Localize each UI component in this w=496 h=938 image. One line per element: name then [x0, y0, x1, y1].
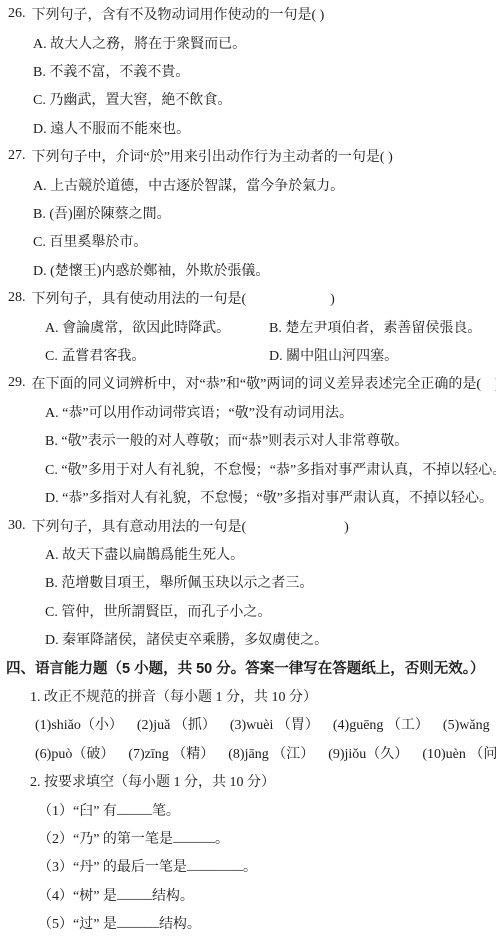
blank-line: ______: [117, 915, 159, 931]
option-row: B. “敬”表示一般的对人尊敬；而“恭”则表示对人非常尊敬。: [0, 426, 496, 454]
subquestion-1-title: 1. 改正不规范的拼音（每小题 1 分，共 10 分）: [0, 682, 496, 710]
question-option: C. 孟嘗君客我。: [45, 345, 269, 365]
option-row: D. (楚懷王)内惑於鄭袖，外欺於張儀。: [0, 256, 496, 284]
pinyin-item: (7)zīng （精）: [128, 743, 214, 763]
option-row: C. 管仲，世所謂賢臣，而孔子小之。: [0, 597, 496, 625]
fill-item-text: 结构。: [159, 913, 201, 933]
question-number: 27.: [8, 148, 26, 164]
question-option: C. “敬”多用于对人有礼貌，不怠慢；“恭”多指对事严肃认真，不掉以轻心。: [45, 459, 496, 479]
question-option: A. 故天下盡以扁鵲爲能生死人。: [45, 544, 244, 564]
blank-line: ______: [173, 830, 215, 846]
pinyin-item: (6)può（破）: [35, 743, 114, 763]
option-row: A. 上古競於道德，中古逐於智謀，當今争於氣力。: [0, 170, 496, 198]
exam-page: 26.下列句子，含有不及物动词用作使动的一句是( )A. 故大人之務，將在于衆賢…: [0, 0, 496, 937]
fill-item-text: 。: [215, 828, 229, 848]
option-row: B. (吾)圍於陳蔡之間。: [0, 199, 496, 227]
fill-item-text: 结构。: [152, 885, 194, 905]
fill-item-text: （5）“过” 是: [38, 913, 117, 933]
question-stem-text: 下列句子，具有意动用法的一句是( ): [32, 516, 349, 536]
question-29: 29.在下面的同义词辨析中，对“恭”和“敬”两词的词义差异表述完全正确的是( )…: [0, 369, 496, 511]
questions-block: 26.下列句子，含有不及物动词用作使动的一句是( )A. 故大人之務，將在于衆賢…: [0, 0, 496, 653]
option-row: A. 故天下盡以扁鵲爲能生死人。: [0, 540, 496, 568]
option-row: A. 故大人之務，將在于衆賢而已。: [0, 28, 496, 56]
question-number: 30.: [8, 518, 26, 534]
fill-item: （2）“乃” 的第一笔是______。: [0, 824, 496, 852]
question-number: 26.: [8, 6, 26, 22]
pinyin-item: (8)jāng （江）: [228, 743, 314, 763]
option-row: A. “恭”可以用作动词带宾语；“敬”没有动词用法。: [0, 398, 496, 426]
question-number: 28.: [8, 290, 26, 306]
question-option: B. 楚左尹項伯者，素善留侯張良。: [269, 317, 481, 337]
pinyin-item: (2)juǎ （抓）: [137, 714, 216, 734]
question-stem-text: 下列句子，具有使动用法的一句是( ): [32, 288, 335, 308]
question-option: D. (楚懷王)内惑於鄭袖，外欺於張儀。: [33, 260, 269, 280]
question-stem-text: 下列句子中，介词“於”用来引出动作行为主动者的一句是( ): [32, 146, 393, 166]
question-option: C. 管仲，世所謂賢臣，而孔子小之。: [45, 601, 271, 621]
fill-in-blank-block: （1）“臼” 有_____笔。（2）“乃” 的第一笔是______。（3）“丹”…: [0, 795, 496, 937]
question-28: 28.下列句子，具有使动用法的一句是( )A. 會論虞常，欲因此時降武。B. 楚…: [0, 284, 496, 369]
question-option: A. 故大人之務，將在于衆賢而已。: [33, 33, 246, 53]
option-row: D. 秦軍降諸侯，諸侯吏卒乘勝，多奴虜使之。: [0, 625, 496, 653]
question-option: B. (吾)圍於陳蔡之間。: [33, 203, 171, 223]
question-27: 27.下列句子中，介词“於”用来引出动作行为主动者的一句是( )A. 上古競於道…: [0, 142, 496, 284]
question-option: B. “敬”表示一般的对人尊敬；而“恭”则表示对人非常尊敬。: [45, 430, 408, 450]
question-option: A. 會論虞常，欲因此時降武。: [45, 317, 269, 337]
option-row: C. 乃幽武，置大窖，絶不飲食。: [0, 85, 496, 113]
question-stem-text: 下列句子，含有不及物动词用作使动的一句是( ): [32, 4, 325, 24]
question-option: B. 不義不富，不義不貴。: [33, 61, 189, 81]
pinyin-item: (3)wuèi （胃）: [230, 714, 319, 734]
fill-item: （4）“树” 是_____结构。: [0, 881, 496, 909]
fill-item: （1）“臼” 有_____笔。: [0, 795, 496, 823]
section-4: 四、语言能力题（5 小题，共 50 分。答案一律写在答题纸上，否则无效。） 1.…: [0, 653, 496, 937]
fill-item-text: 笔。: [152, 800, 180, 820]
fill-item-text: 。: [243, 856, 257, 876]
question-option: B. 范增數目項王，舉所佩玉玦以示之者三。: [45, 572, 313, 592]
question-stem-text: 在下面的同义词辨析中，对“恭”和“敬”两词的词义差异表述完全正确的是( ): [32, 373, 496, 393]
question-stem: 30.下列句子，具有意动用法的一句是( ): [0, 511, 496, 539]
question-option: D. 秦軍降諸侯，諸侯吏卒乘勝，多奴虜使之。: [45, 629, 328, 649]
question-30: 30.下列句子，具有意动用法的一句是( )A. 故天下盡以扁鵲爲能生死人。B. …: [0, 511, 496, 653]
question-stem: 27.下列句子中，介词“於”用来引出动作行为主动者的一句是( ): [0, 142, 496, 170]
section-4-header: 四、语言能力题（5 小题，共 50 分。答案一律写在答题纸上，否则无效。）: [0, 653, 496, 681]
question-option: C. 百里奚舉於市。: [33, 231, 147, 251]
fill-item: （5）“过” 是______结构。: [0, 909, 496, 937]
pinyin-item: (9)jiǒu（久）: [328, 743, 408, 763]
fill-item-text: （4）“树” 是: [38, 885, 117, 905]
fill-item-text: （2）“乃” 的第一笔是: [38, 828, 173, 848]
question-option: A. “恭”可以用作动词带宾语；“敬”没有动词用法。: [45, 402, 353, 422]
question-number: 29.: [8, 375, 26, 391]
blank-line: _____: [117, 887, 152, 903]
pinyin-item: (10)uèn （问）: [422, 743, 496, 763]
question-stem: 26.下列句子，含有不及物动词用作使动的一句是( ): [0, 0, 496, 28]
option-row: C. “敬”多用于对人有礼貌，不怠慢；“恭”多指对事严肃认真，不掉以轻心。: [0, 455, 496, 483]
fill-item-text: （3）“丹” 的最后一笔是: [38, 856, 187, 876]
fill-item: （3）“丹” 的最后一笔是________。: [0, 852, 496, 880]
question-stem: 29.在下面的同义词辨析中，对“恭”和“敬”两词的词义差异表述完全正确的是( ): [0, 369, 496, 397]
question-option: C. 乃幽武，置大窖，絶不飲食。: [33, 89, 231, 109]
subquestion-2-title: 2. 按要求填空（每小题 1 分，共 10 分）: [0, 767, 496, 795]
question-option: A. 上古競於道德，中古逐於智謀，當今争於氣力。: [33, 175, 344, 195]
pinyin-item: (5)wǎng （荒）: [443, 714, 496, 734]
option-row: B. 范增數目項王，舉所佩玉玦以示之者三。: [0, 568, 496, 596]
question-option: D. “恭”多指对人有礼貌，不怠慢；“敬”多指对事严肃认真，不掉以轻心。: [45, 487, 493, 507]
question-stem: 28.下列句子，具有使动用法的一句是( ): [0, 284, 496, 312]
question-option: D. 遠人不服而不能來也。: [33, 118, 190, 138]
pinyin-line-1: (1)shiǎo（小）(2)juǎ （抓）(3)wuèi （胃）(4)guēng…: [0, 710, 496, 738]
fill-item-text: （1）“臼” 有: [38, 800, 117, 820]
blank-line: _____: [117, 802, 152, 818]
blank-line: ________: [187, 858, 243, 874]
question-option: D. 關中阻山河四塞。: [269, 345, 398, 365]
pinyin-line-2: (6)può（破）(7)zīng （精）(8)jāng （江）(9)jiǒu（久…: [0, 739, 496, 767]
option-row: D. “恭”多指对人有礼貌，不怠慢；“敬”多指对事严肃认真，不掉以轻心。: [0, 483, 496, 511]
option-row: B. 不義不富，不義不貴。: [0, 57, 496, 85]
option-row: C. 百里奚舉於市。: [0, 227, 496, 255]
option-row: A. 會論虞常，欲因此時降武。B. 楚左尹項伯者，素善留侯張良。: [0, 312, 496, 340]
option-row: D. 遠人不服而不能來也。: [0, 114, 496, 142]
pinyin-item: (4)guēng （工）: [333, 714, 429, 734]
option-row: C. 孟嘗君客我。D. 關中阻山河四塞。: [0, 341, 496, 369]
question-26: 26.下列句子，含有不及物动词用作使动的一句是( )A. 故大人之務，將在于衆賢…: [0, 0, 496, 142]
pinyin-item: (1)shiǎo（小）: [35, 714, 123, 734]
